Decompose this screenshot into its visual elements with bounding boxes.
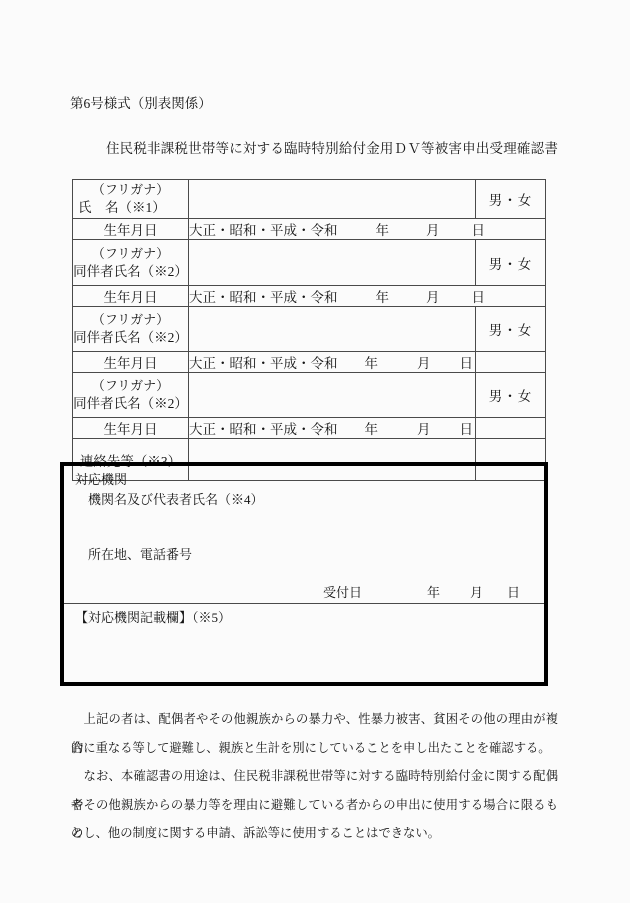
name-label: 同伴者氏名（※2） [73, 329, 188, 347]
dob-input-cell: 大正・昭和・平成・令和年月日 [189, 219, 546, 240]
reception-day-label: 日 [507, 585, 520, 601]
dob-label: 生年月日 [73, 418, 189, 439]
reception-month-label: 月 [470, 585, 483, 601]
note-line: 的に重なる等して避難し、親族と生計を別にしていることを申し出たことを確認する。 [71, 734, 558, 763]
table-row: 生年月日 大正・昭和・平成・令和年月日 [73, 286, 546, 307]
dob-label: 生年月日 [73, 219, 189, 240]
note-line: 上記の者は、配偶者やその他親族からの暴力や、性暴力被害、貧困その他の理由が複合 [71, 705, 558, 734]
table-row: （フリガナ） 同伴者氏名（※2） 男・女 [73, 240, 546, 286]
dob-input-cell: 大正・昭和・平成・令和年月日 [189, 352, 476, 373]
agency-org-label: 機関名及び代表者氏名（※4） [88, 492, 264, 508]
name-label-cell: （フリガナ） 同伴者氏名（※2） [73, 240, 189, 286]
month-label: 月 [417, 352, 431, 372]
era-options: 大正・昭和・平成・令和 [189, 286, 338, 306]
table-row: 生年月日 大正・昭和・平成・令和年月日 [73, 352, 546, 373]
year-label: 年 [376, 219, 390, 239]
confirmation-note: 上記の者は、配偶者やその他親族からの暴力や、性暴力被害、貧困その他の理由が複合 … [71, 705, 558, 848]
day-label: 日 [460, 352, 474, 372]
empty-cell [476, 352, 546, 373]
reception-year-label: 年 [427, 585, 440, 601]
year-label: 年 [376, 286, 390, 306]
note-line: なお、本確認書の用途は、住民税非課税世帯等に対する臨時特別給付金に関する配偶者 [71, 762, 558, 791]
name-label: 氏 名（※1） [73, 199, 188, 217]
furigana-label: （フリガナ） [73, 311, 188, 329]
furigana-label: （フリガナ） [73, 377, 188, 395]
note-line: とし、他の制度に関する申請、訴訟等に使用することはできない。 [71, 819, 558, 848]
year-label: 年 [365, 418, 379, 438]
applicant-table: （フリガナ） 氏 名（※1） 男・女 生年月日 大正・昭和・平成・令和年月日 （… [72, 179, 546, 481]
name-input-cell [189, 307, 476, 352]
dob-label: 生年月日 [73, 286, 189, 307]
table-row: （フリガナ） 同伴者氏名（※2） 男・女 [73, 307, 546, 352]
reception-date-line: 受付日 年 月 日 [64, 585, 544, 601]
furigana-label: （フリガナ） [73, 181, 188, 199]
name-label-cell: （フリガナ） 同伴者氏名（※2） [73, 307, 189, 352]
agency-entry-section-label: 【対応機関記載欄】（※5） [75, 610, 231, 626]
form-number: 第6号様式（別表関係） [70, 96, 212, 112]
document-page: 第6号様式（別表関係） 住民税非課税世帯等に対する臨時特別給付金用ＤＶ等被害申出… [0, 0, 630, 903]
table-row: 生年月日 大正・昭和・平成・令和年月日 [73, 418, 546, 439]
empty-cell [476, 418, 546, 439]
sex-options: 男・女 [476, 180, 546, 219]
year-label: 年 [365, 352, 379, 372]
agency-box-divider [64, 603, 544, 604]
table-row: （フリガナ） 同伴者氏名（※2） 男・女 [73, 373, 546, 418]
dob-label: 生年月日 [73, 352, 189, 373]
name-input-cell [189, 373, 476, 418]
note-line: やその他親族からの暴力等を理由に避難している者からの申出に使用する場合に限るもの [71, 791, 558, 820]
name-label: 同伴者氏名（※2） [73, 263, 188, 281]
agency-box: 対応機関 機関名及び代表者氏名（※4） 所在地、電話番号 受付日 年 月 日 【… [60, 462, 548, 686]
reception-date-label: 受付日 [323, 585, 362, 601]
day-label: 日 [472, 219, 486, 239]
day-label: 日 [472, 286, 486, 306]
table-row: （フリガナ） 氏 名（※1） 男・女 [73, 180, 546, 219]
day-label: 日 [460, 418, 474, 438]
era-options: 大正・昭和・平成・令和 [189, 219, 338, 239]
table-row: 生年月日 大正・昭和・平成・令和年月日 [73, 219, 546, 240]
dob-input-cell: 大正・昭和・平成・令和年月日 [189, 286, 546, 307]
era-options: 大正・昭和・平成・令和 [189, 352, 338, 372]
furigana-label: （フリガナ） [73, 245, 188, 263]
sex-options: 男・女 [476, 240, 546, 286]
month-label: 月 [426, 219, 440, 239]
era-options: 大正・昭和・平成・令和 [189, 418, 338, 438]
sex-options: 男・女 [476, 373, 546, 418]
name-input-cell [189, 180, 476, 219]
agency-address-label: 所在地、電話番号 [88, 547, 192, 563]
agency-heading: 対応機関 [75, 472, 127, 488]
name-input-cell [189, 240, 476, 286]
dob-input-cell: 大正・昭和・平成・令和年月日 [189, 418, 476, 439]
name-label-cell: （フリガナ） 同伴者氏名（※2） [73, 373, 189, 418]
name-label-cell: （フリガナ） 氏 名（※1） [73, 180, 189, 219]
document-title: 住民税非課税世帯等に対する臨時特別給付金用ＤＶ等被害申出受理確認書 [0, 140, 630, 158]
name-label: 同伴者氏名（※2） [73, 395, 188, 413]
sex-options: 男・女 [476, 307, 546, 352]
month-label: 月 [417, 418, 431, 438]
month-label: 月 [426, 286, 440, 306]
